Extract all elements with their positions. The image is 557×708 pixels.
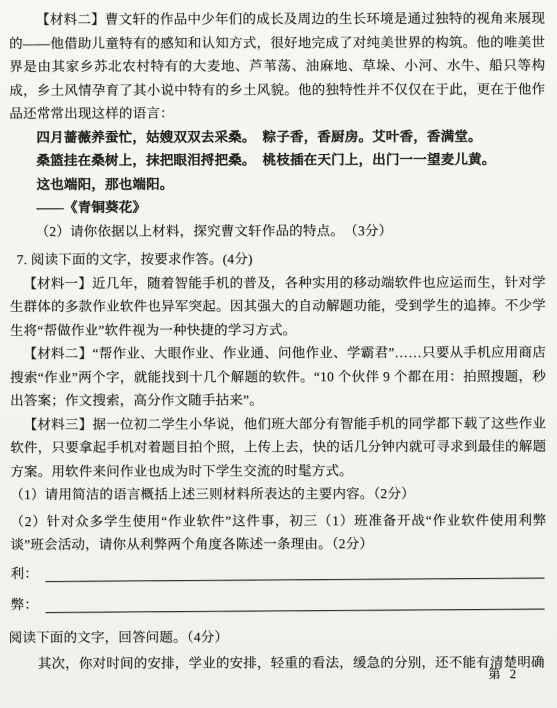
- sub-question-2: （2）针对众多学生使用“作业软件”这件事，初三（1）班准备开战“作业软件使用利弊…: [10, 508, 546, 556]
- poem-line: 四月蔷薇养蚕忙，姑嫂双双去采桑。 粽子香，香厨房。艾叶香，香满堂。: [36, 124, 545, 149]
- material3-paragraph: 【材料三】据一位初二学生小华说，他们班大部分有智能手机的同学都下载了这些作业软件…: [10, 411, 546, 483]
- quoted-poem-block: 四月蔷薇养蚕忙，姑嫂双双去采桑。 粽子香，香厨房。艾叶香，香满堂。 桑篮挂在桑树…: [36, 124, 545, 219]
- question-7-heading: 7. 阅读下面的文字，按要求作答。(4分): [17, 247, 546, 272]
- poem-source-citation: ——《青铜葵花》: [36, 195, 545, 220]
- page-content: 【材料二】曹文轩的作品中少年们的成长及周边的生长环境是通过独特的视角来展现的——…: [9, 7, 547, 676]
- scanned-exam-page: 【材料二】曹文轩的作品中少年们的成长及周边的生长环境是通过独特的视角来展现的——…: [0, 0, 557, 708]
- reading-section-heading: 阅读下面的文字，回答问题。（4分）: [9, 624, 547, 649]
- answer-blank-con: [46, 608, 545, 612]
- page-number: 第 2: [488, 663, 519, 687]
- question-2-explore: （2）请你依据以上材料，探究曹文轩作品的特点。 （3分）: [36, 218, 546, 243]
- answer-label-con: 弊：: [11, 593, 38, 619]
- material1-paragraph: 【材料一】近几年，随着智能手机的普及，各种实用的移动端软件也应运而生，针对学生群…: [10, 270, 546, 342]
- answer-row-pro: 利：: [10, 560, 546, 587]
- answer-label-pro: 利：: [10, 562, 37, 588]
- material2-cao-paragraph: 【材料二】曹文轩的作品中少年们的成长及周边的生长环境是通过独特的视角来展现的——…: [9, 7, 545, 126]
- poem-line: 桑篮挂在桑树上，抹把眼泪捋把桑。 桃枝插在天门上，出门一一望麦儿黄。: [36, 148, 545, 173]
- poem-line: 这也端阳，那也端阳。: [36, 171, 545, 196]
- excerpt-paragraph: 其次，你对时间的安排，学业的安排，轻重的看法，缓急的分别，还不能有清楚明确: [11, 651, 547, 676]
- answer-row-con: 弊：: [11, 591, 547, 618]
- answer-blank-pro: [46, 577, 545, 581]
- sub-question-1: （1）请用简洁的语言概括上述三则材料所表达的主要内容。（2分）: [10, 482, 546, 507]
- material2-apps-paragraph: 【材料二】“帮作业、大眼作业、作业通、问他作业、学霸君”……只要从手机应用商店搜…: [10, 341, 546, 413]
